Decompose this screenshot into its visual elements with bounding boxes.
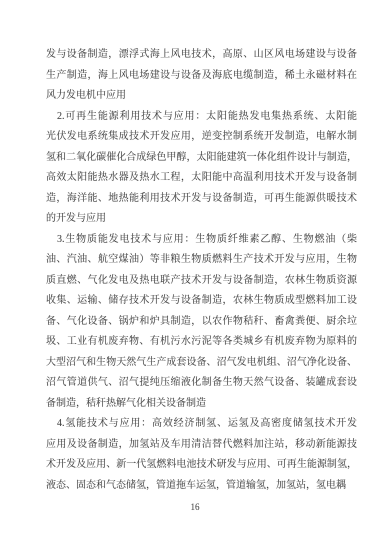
text-line: 圾、工业有机废弃物、有机污水污泥等各类城乡有机废弃物为原料的 [46,332,357,353]
text-line: 应用及设备制造，加氢站及车用清洁替代燃料加注站，移动新能源技 [46,435,357,456]
text-line: 发与设备制造，漂浮式海上风电技术，高原、山区风电场建设与设备 [46,45,357,66]
text-line: 液态、固态和气态储氢，管道拖车运氢，管道输氢，加氢站，氢电耦 [46,476,357,497]
text-line: 光伏发电系统集成技术开发应用，逆变控制系统开发制造，电解水制 [46,127,357,148]
text-line: 4.氢能技术与应用：高效经济制氢、运氢及高密度储氢技术开发 [46,414,357,435]
text-line: 2.可再生能源利用技术与应用：太阳能热发电集热系统、太阳能 [46,107,357,128]
text-line: 的开发与应用 [46,209,357,230]
text-line: 氢和二氧化碳催化合成绿色甲醇，太阳能建筑一体化组件设计与制造， [46,148,357,169]
text-line: 收集、运输、储存技术开发与设备制造，农林生物质成型燃料加工设 [46,291,357,312]
text-line: 沼气管道供气、沼气提纯压缩液化制备生物天然气设备、装罐成套设 [46,373,357,394]
document-page: 发与设备制造，漂浮式海上风电技术，高原、山区风电场建设与设备生产制造，海上风电场… [0,0,390,551]
text-line: 风力发电机中应用 [46,86,357,107]
document-body: 发与设备制造，漂浮式海上风电技术，高原、山区风电场建设与设备生产制造，海上风电场… [46,45,357,496]
text-line: 生产制造，海上风电场建设与设备及海底电缆制造，稀土永磁材料在 [46,66,357,87]
text-line: 备、气化设备、锅炉和炉具制造，以农作物秸秆、畜禽粪便、厨余垃 [46,312,357,333]
text-line: 备制造，秸秆热解气化相关设备制造 [46,394,357,415]
page-number: 16 [0,501,390,513]
text-line: 3.生物质能发电技术与应用：生物质纤维素乙醇、生物燃油（柴 [46,230,357,251]
text-line: 高效太阳能热水器及热水工程，太阳能中高温利用技术开发与设备制 [46,168,357,189]
text-line: 油、汽油、航空煤油）等非粮生物质燃料生产技术开发与应用，生物 [46,250,357,271]
text-line: 大型沼气和生物天然气生产成套设备、沼气发电机组、沼气净化设备、 [46,353,357,374]
text-line: 质直燃、气化发电及热电联产技术开发与设备制造，农林生物质资源 [46,271,357,292]
text-line: 造，海洋能、地热能利用技术开发与设备制造，可再生能源供暖技术 [46,189,357,210]
text-line: 术开发及应用、新一代氢燃料电池技术研发与应用、可再生能源制氢， [46,455,357,476]
